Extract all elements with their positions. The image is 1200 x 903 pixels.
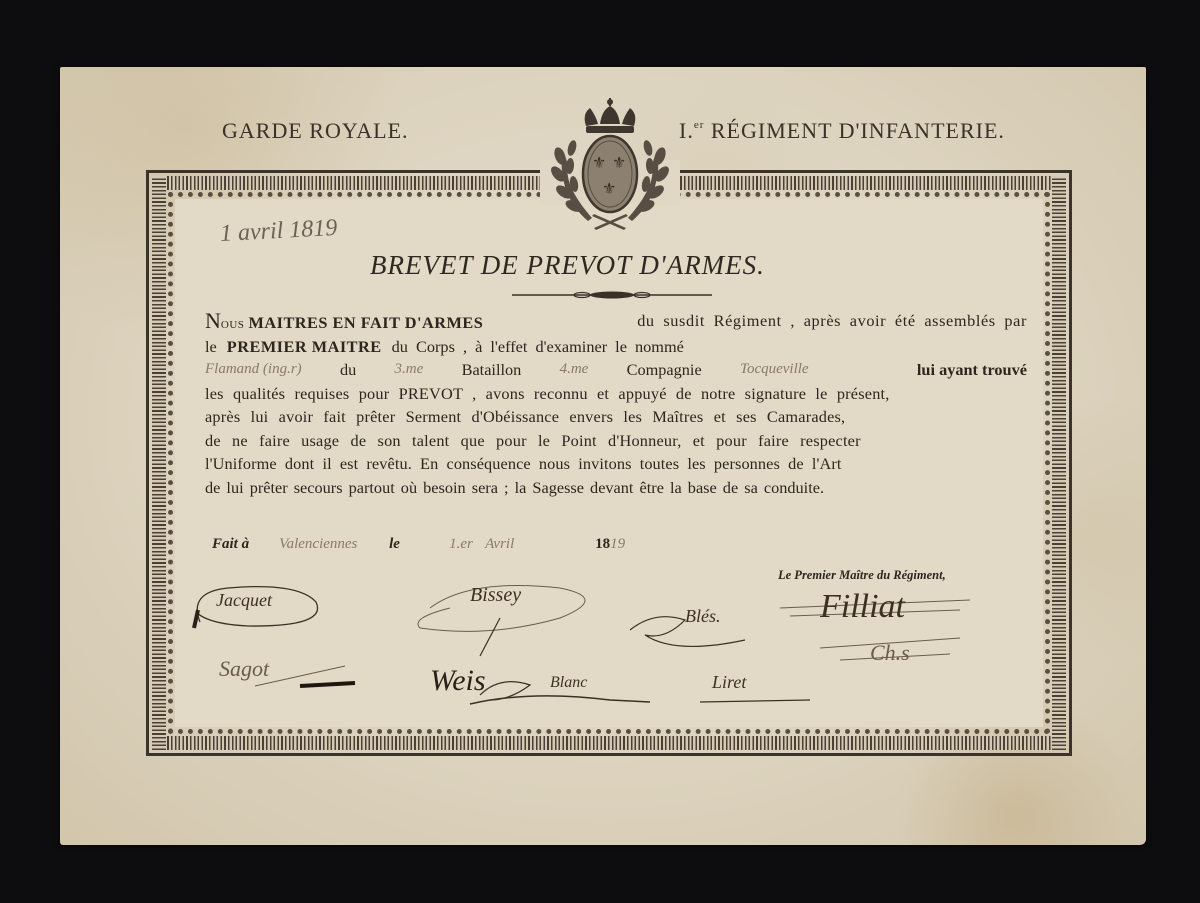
svg-text:⚜: ⚜ <box>612 153 626 172</box>
handwritten-name: Flamand (ing.r) <box>205 358 302 382</box>
premier-maitre-label: Le Premier Maître du Régiment, <box>778 568 946 583</box>
svg-text:⚜: ⚜ <box>602 179 616 198</box>
body-line-3: Flamand (ing.r) du 3.me Bataillon 4.me C… <box>205 358 1027 382</box>
body-line-6: de ne faire usage de son talent que pour… <box>205 429 1027 453</box>
handwritten-company-name: Tocqueville <box>740 358 809 382</box>
body-line-8: de lui prêter secours partout où besoin … <box>205 476 1027 500</box>
place-date-line: Fait à Valenciennes le 1.er Avril 1819 <box>212 536 625 553</box>
ornamental-rule-icon <box>512 290 712 300</box>
signature-liret: Liret <box>700 668 820 708</box>
signature-bles: Blés. <box>625 600 765 660</box>
signature-sagot: Sagot <box>205 650 365 700</box>
header-garde-royale: GARDE ROYALE. <box>222 118 409 144</box>
certificate-body: Nous MAITRES EN FAIT D'ARMES du susdit R… <box>205 309 1027 499</box>
handwritten-month: Avril <box>485 536 595 553</box>
body-line-2: le PREMIER MAITRE du Corps , à l'effet d… <box>205 335 1027 359</box>
body-line-7: l'Uniforme dont il est revêtu. En conséq… <box>205 452 1027 476</box>
body-line-4: les qualités requises pour PREVOT , avon… <box>205 382 1027 406</box>
regiment-ordinal: er <box>694 119 705 131</box>
handwritten-battalion: 3.me <box>395 358 424 382</box>
handwritten-place: Valenciennes <box>279 536 389 553</box>
signature-weis: Weis Blanc <box>430 660 650 710</box>
body-line-1: Nous MAITRES EN FAIT D'ARMES du susdit R… <box>205 309 1027 335</box>
body-line-5: après lui avoir fait prêter Serment d'Ob… <box>205 405 1027 429</box>
handwritten-day: 1.er <box>449 536 485 553</box>
svg-text:⚜: ⚜ <box>592 153 606 172</box>
coat-of-arms-icon: ⚜ ⚜ ⚜ <box>548 96 672 232</box>
handwritten-year: 19 <box>610 536 625 553</box>
signature-filliat: Filliat Ch.s <box>780 588 980 678</box>
header-regiment: I.er RÉGIMENT D'INFANTERIE. <box>679 118 1005 144</box>
signature-jacquet: Jacquet <box>188 582 328 632</box>
handwritten-company: 4.me <box>560 358 589 382</box>
regiment-number: I. <box>679 118 694 143</box>
document-title: BREVET DE PREVOT D'ARMES. <box>370 250 765 281</box>
signature-bissey: Bissey <box>410 578 610 658</box>
regiment-name: RÉGIMENT D'INFANTERIE. <box>704 118 1005 143</box>
